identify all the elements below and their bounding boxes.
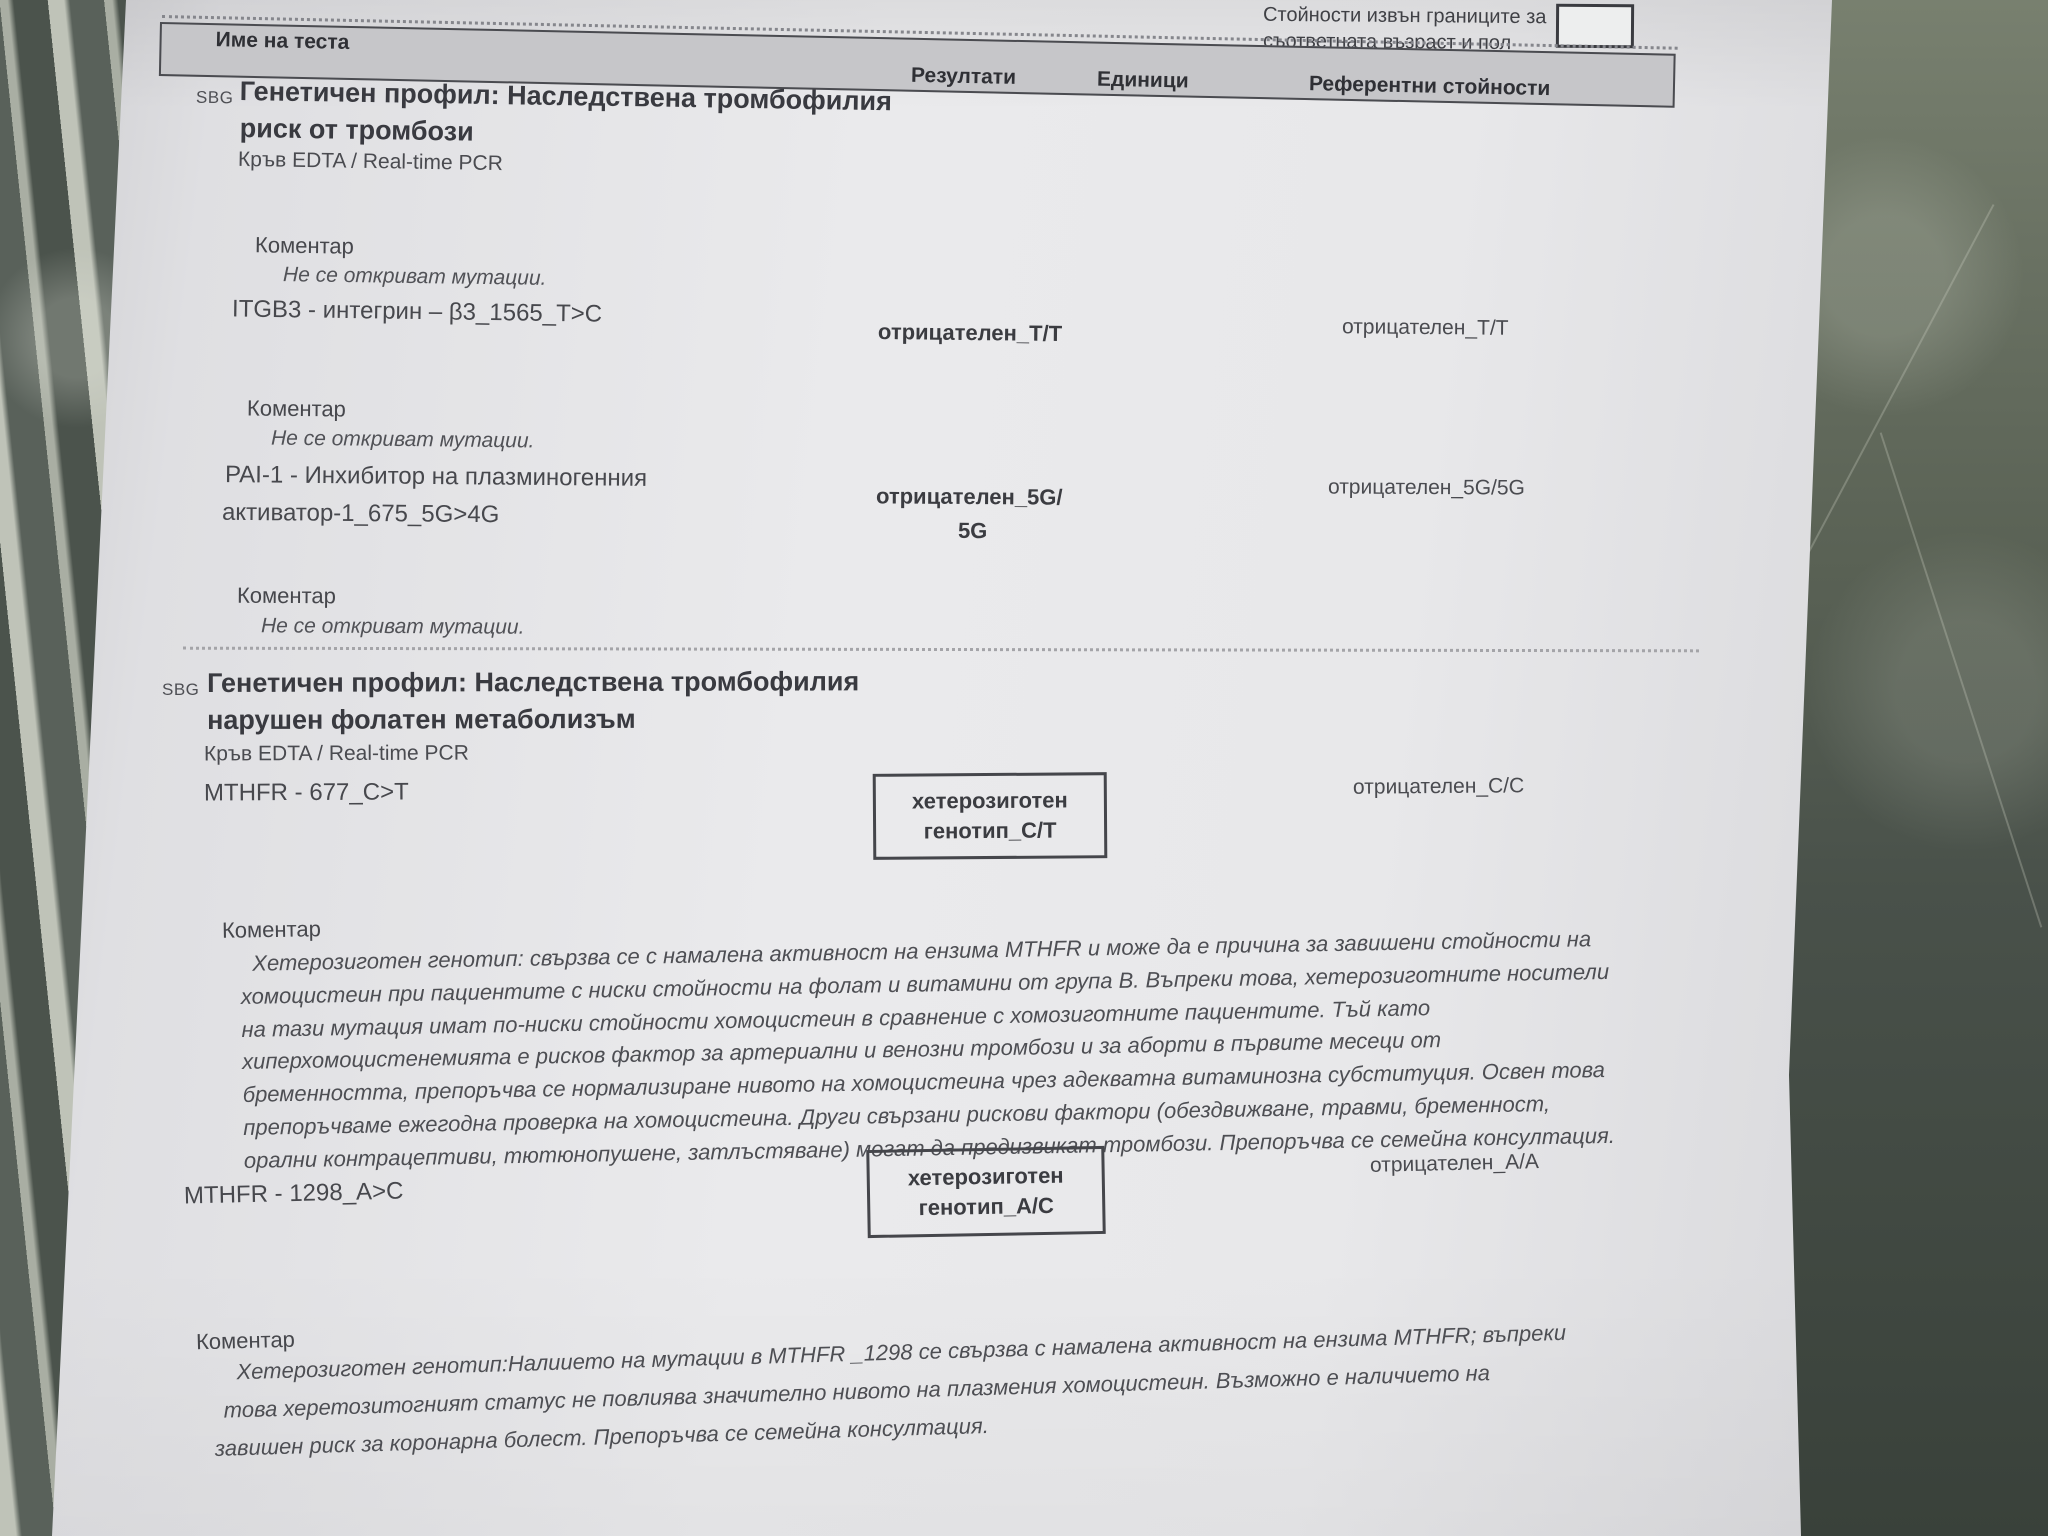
test-name-pai1-line2: активатор-1_675_5G>4G — [222, 499, 500, 529]
lab-report-photo: Стойности извън границите за съответната… — [0, 0, 2048, 1536]
section-separator-dotted — [183, 647, 1699, 653]
section2-code: SBG — [162, 680, 199, 700]
result-line2: генотип_C/T — [924, 816, 1057, 847]
comment-paragraph-mthfr677: Хетерозиготен генотип: свързва се с нама… — [240, 923, 1615, 1178]
section1-code: SBG — [196, 88, 234, 109]
out-of-range-checkbox — [1556, 4, 1634, 49]
comment-label: Коментар — [237, 583, 336, 610]
test-reference-mthfr1298: отрицателен_A/A — [1370, 1150, 1539, 1178]
section2-title-line2: нарушен фолатен метаболизъм — [207, 704, 636, 736]
column-header-reference: Референтни стойности — [1309, 72, 1551, 101]
test-reference-mthfr677: отрицателен_C/C — [1353, 774, 1524, 799]
test-name-pai1-line1: PAI-1 - Инхибитор на плазминогенния — [225, 461, 647, 493]
comment-label: Коментар — [247, 395, 346, 422]
section1-method: Кръв EDTA / Real-time PCR — [238, 148, 503, 176]
comment-text: Не се откриват мутации. — [261, 614, 525, 639]
column-header-test-name: Име на теста — [215, 28, 349, 55]
test-reference-itgb3: отрицателен_T/T — [1342, 315, 1509, 340]
test-name-itgb3: ITGB3 - интегрин – β3_1565_T>C — [232, 295, 602, 328]
test-result-box-mthfr1298: хетерозиготен генотип_A/C — [866, 1146, 1105, 1238]
column-header-units: Единици — [1097, 68, 1189, 94]
test-reference-pai1: отрицателен_5G/5G — [1328, 475, 1525, 500]
test-name-mthfr677: MTHFR - 677_C>T — [204, 778, 409, 807]
comment-text: Не се откриват мутации. — [283, 263, 547, 291]
result-line2: генотип_A/C — [918, 1191, 1054, 1223]
comment-label: Коментар — [255, 232, 354, 259]
test-result-box-mthfr677: хетерозиготен генотип_C/T — [873, 772, 1108, 860]
section2-title-line1: Генетичен профил: Наследствена тромбофил… — [207, 666, 859, 699]
out-of-range-note-line1: Стойности извън границите за — [1263, 4, 1547, 29]
column-header-result: Резултати — [911, 64, 1016, 90]
result-line1: хетерозиготен — [908, 1161, 1064, 1194]
test-result-itgb3: отрицателен_T/T — [878, 319, 1062, 347]
comment-text: Не се откриват мутации. — [271, 427, 535, 454]
section1-title-line2: риск от тромбози — [240, 113, 474, 148]
report-content: Стойности извън границите за съответната… — [0, 0, 2048, 1536]
section2-method: Кръв EDTA / Real-time PCR — [204, 742, 469, 767]
test-result-pai1-line2: 5G — [958, 518, 988, 544]
comment-label: Коментар — [222, 916, 321, 944]
comment-paragraph-mthfr1298: Хетерозиготен генотип:Налиието на мутаци… — [212, 1314, 1569, 1468]
result-line1: хетерозиготен — [912, 785, 1068, 816]
test-result-pai1-line1: отрицателен_5G/ — [876, 483, 1063, 510]
test-name-mthfr1298: MTHFR - 1298_A>C — [184, 1178, 404, 1211]
